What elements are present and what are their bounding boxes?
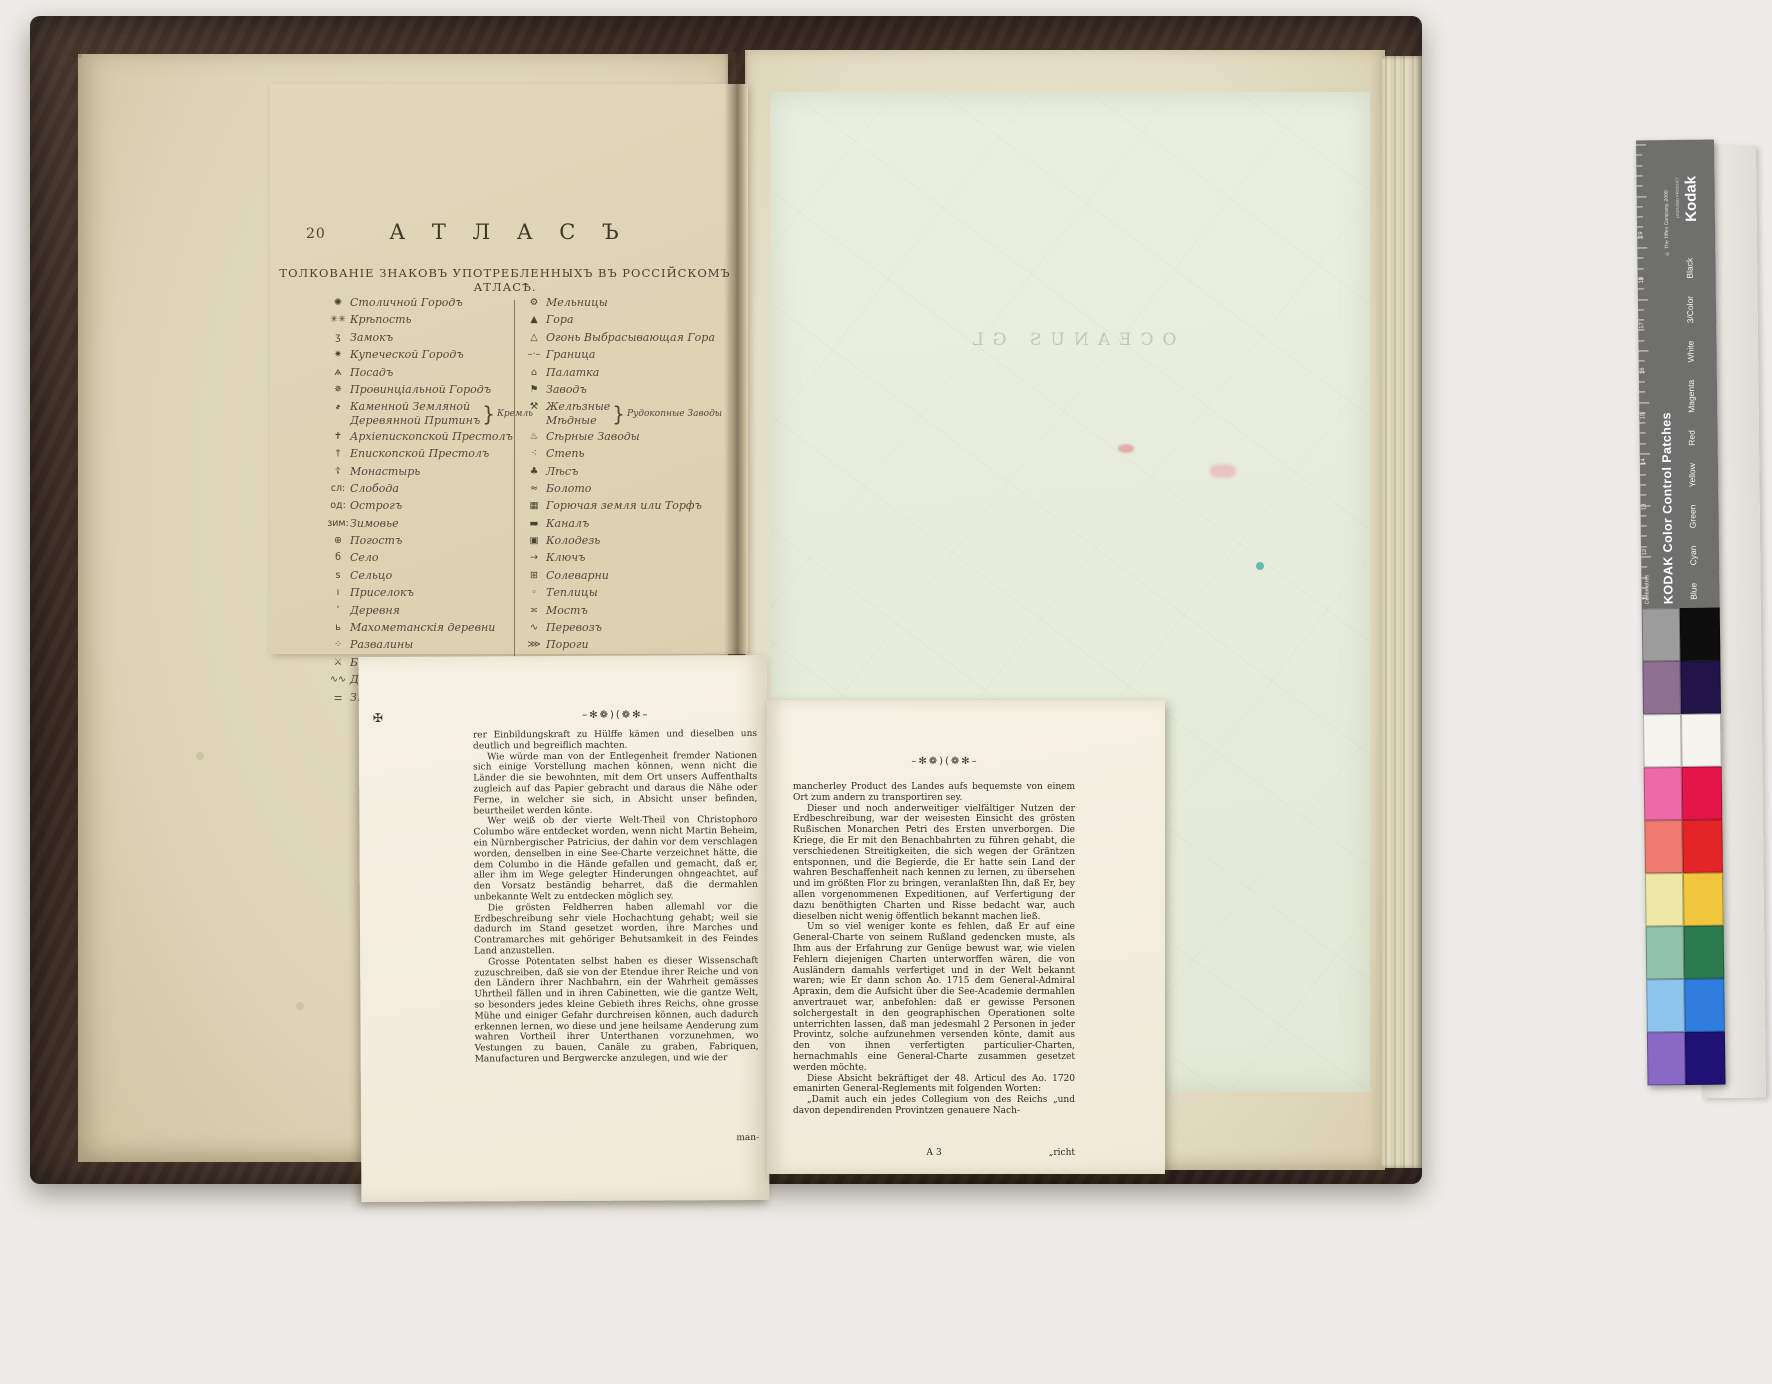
legend-label: Мельницы — [546, 296, 608, 310]
legend-column-left: ✺Столичной Городъ✳✳КрѣпостьʒЗамокъ✷Купеч… — [326, 296, 506, 708]
legend-symbol-icon: ∿ — [522, 621, 546, 635]
foxing-spots — [78, 54, 82, 58]
legend-symbol-icon: ✵ — [326, 383, 350, 397]
paragraph: „Damit auch ein jedes Collegium von des … — [793, 1095, 1075, 1117]
legend-symbol-icon: ⚙ — [522, 296, 546, 310]
patch-swatch-dark — [1682, 766, 1723, 819]
legend-symbol-icon: → — [522, 551, 546, 565]
legend-row: ʼДеревня — [326, 604, 506, 619]
ornament: –✻❁)(❁✻– — [582, 710, 649, 721]
legend-symbol-icon: б — [326, 551, 350, 565]
legend-symbol-icon: ь — [326, 621, 350, 635]
legend-symbol-icon: –·– — [522, 348, 546, 362]
legend-label: Огонь Выбрасывающая Гора — [546, 331, 715, 345]
catchword: „richt — [1049, 1148, 1075, 1158]
legend-symbol-icon: ⚔ — [326, 656, 350, 670]
kodak-brand: Kodak — [1682, 146, 1700, 222]
paragraph: mancherley Product des Landes aufs beque… — [793, 782, 1075, 804]
legend-row: ☦Монастырь — [326, 465, 506, 480]
legend-symbol-icon: † — [326, 447, 350, 461]
patch-color-names: Blue Cyan Green Yellow Red Magenta White… — [1684, 228, 1699, 600]
paragraph: Wie würde man von der Entlegenheit fremd… — [473, 751, 757, 817]
legend-symbol-icon: ı — [326, 586, 350, 600]
body-text: mancherley Product des Landes aufs beque… — [793, 782, 1075, 1117]
legend-label: Сѣрные Заводы — [546, 430, 640, 444]
legend-row: ıПриселокъ — [326, 586, 506, 601]
legend-brace-group: Каменной ЗемлянойДеревянной Притинъ}Крем… — [350, 400, 533, 427]
legend-symbol-icon: ♨ — [522, 430, 546, 444]
legend-label: Сельцо — [350, 569, 392, 583]
patch-swatch-light — [1647, 1032, 1686, 1085]
legend-label: Деревянной Притинъ — [350, 414, 480, 428]
patch-row-black — [1642, 607, 1721, 661]
legend-symbol-icon: ∿∿ — [326, 673, 350, 687]
legend-symbol-icon: ⚌ — [326, 691, 350, 705]
patch-row-blue — [1647, 1031, 1726, 1085]
legend-symbol-icon: ☦ — [326, 465, 350, 479]
patch-swatch-dark — [1684, 925, 1725, 978]
signature-mark: А 3 — [793, 1148, 1075, 1158]
page-title: А Т Л А С Ъ — [270, 220, 748, 244]
legend-label: Зимовье — [350, 517, 399, 531]
headpiece: ✠ –✻❁)(❁✻– — [477, 707, 755, 721]
legend-row: ♨Сѣрные Заводы — [522, 430, 737, 445]
legend-row: †Епископской Престолъ — [326, 447, 506, 462]
patch-row-cyan — [1646, 978, 1725, 1032]
legend-label: Болото — [546, 482, 591, 496]
legend-row: од:Острогъ — [326, 499, 506, 514]
legend-row: ◦Теплицы — [522, 586, 737, 601]
legend-row: ⁘Развалины — [326, 638, 506, 653]
legend-symbol-icon: ✝ — [326, 430, 350, 444]
legend-symbol-icon: ⋙ — [522, 638, 546, 652]
legend-label: Монастырь — [350, 465, 420, 479]
legend-label: Село — [350, 551, 379, 565]
legend-symbol-icon: ≈ — [522, 482, 546, 496]
legend-symbol-icon: ѕ — [326, 569, 350, 583]
legend-row: ѕСельцо — [326, 569, 506, 584]
column-divider — [514, 300, 515, 682]
legend-row: ⊕Погостъ — [326, 534, 506, 549]
ornament: –✻❁)(❁✻– — [911, 756, 978, 767]
legend-row: ⚙Мельницы — [522, 296, 737, 311]
pigment-spot — [1118, 444, 1134, 453]
legend-symbol-icon: ҂ — [326, 400, 350, 414]
legend-row: ьМахометанскія деревни — [326, 621, 506, 636]
legend-symbol-icon: ʒ — [326, 331, 350, 345]
legend-row: ѧПосадъ — [326, 366, 506, 381]
legend-label: Граница — [546, 348, 595, 362]
legend-symbol-icon: ʼ — [326, 604, 350, 618]
patch-swatch-dark — [1680, 660, 1721, 713]
legend-label: Посадъ — [350, 366, 393, 380]
patch-row-yellow — [1645, 872, 1724, 926]
legend-symbol-icon: ⌂ — [522, 366, 546, 380]
booklet-page-right: –✻❁)(❁✻– mancherley Product des Landes a… — [767, 700, 1165, 1174]
legend-row: ⋙Пороги — [522, 638, 737, 653]
kodak-title: KODAK Color Control Patches — [1657, 256, 1675, 604]
legend-label: Заводъ — [546, 383, 587, 397]
legend-symbol-icon: ▦ — [522, 499, 546, 513]
legend-row: ∿Перевозъ — [522, 621, 737, 636]
patch-row-white — [1643, 713, 1722, 767]
legend-symbol-icon: ⚑ — [522, 383, 546, 397]
legend-symbol-icon: ⊕ — [326, 534, 350, 548]
legend-column-right: ⚙Мельницы▲Гора△Огонь Выбрасывающая Гора–… — [522, 296, 737, 691]
legend-row: →Ключъ — [522, 551, 737, 566]
legend-label: Махометанскія деревни — [350, 621, 495, 635]
digitized-book-scan: OCEANUS GL 20 А Т Л А С Ъ ТОЛКОВАНІЕ ЗНА… — [0, 0, 1772, 1384]
legend-label: Каналъ — [546, 517, 589, 531]
legend-row: ⁖Степь — [522, 447, 737, 462]
brace-glyph: } — [612, 402, 625, 426]
paragraph: rer Einbildungskraft zu Hülffe kämen und… — [473, 729, 757, 752]
legend-label: Мостъ — [546, 604, 588, 618]
legend-symbol-icon: ▣ — [522, 534, 546, 548]
legend-symbol-icon: △ — [522, 331, 546, 345]
legend-symbol-icon: ◦ — [522, 586, 546, 600]
patch-swatch-light — [1642, 608, 1681, 661]
patch-swatch-dark — [1681, 713, 1722, 766]
legend-label: Перевозъ — [546, 621, 602, 635]
page-stack-fore-edge — [1382, 56, 1422, 1168]
legend-symbol-icon: ⁘ — [326, 638, 350, 652]
legend-symbol-icon: ⁖ — [522, 447, 546, 461]
legend-row: ҂Каменной ЗемлянойДеревянной Притинъ}Кре… — [326, 400, 506, 427]
page-subtitle: ТОЛКОВАНІЕ ЗНАКОВЪ УПОТРЕБЛЕННЫХЪ ВЪ РОС… — [278, 266, 732, 294]
legend-label: Острогъ — [350, 499, 402, 513]
book-cover: OCEANUS GL 20 А Т Л А С Ъ ТОЛКОВАНІЕ ЗНА… — [30, 16, 1422, 1184]
paragraph: Diese Absicht bekräftiget der 48. Articu… — [793, 1074, 1075, 1096]
legend-row: ▬Каналъ — [522, 517, 737, 532]
page-mark: ✠ — [373, 711, 383, 725]
mirrored-map-title: OCEANUS GL — [830, 330, 1310, 350]
legend-symbol-icon: ✺ — [326, 296, 350, 310]
pigment-spot — [1256, 562, 1264, 570]
legend-label: Желѣзные — [546, 400, 610, 414]
patch-swatch-light — [1646, 926, 1685, 979]
ruler-numbers: 11 12 13 14 15 16 17 18 19 — [1637, 148, 1649, 600]
legend-row: ⊞Солеварни — [522, 569, 737, 584]
paragraph: Die grösten Feldherren haben allemahl vo… — [474, 902, 758, 957]
patch-swatch-dark — [1680, 607, 1721, 660]
legend-label: Приселокъ — [350, 586, 414, 600]
patch-swatch-light — [1643, 714, 1682, 767]
legend-label: Крѣпость — [350, 313, 412, 327]
patch-row-magenta — [1644, 766, 1723, 820]
legend-row: ✷Купеческой Городъ — [326, 348, 506, 363]
legend-label: Замокъ — [350, 331, 393, 345]
headpiece: –✻❁)(❁✻– — [795, 754, 1095, 767]
atlas-legend-sheet: 20 А Т Л А С Ъ ТОЛКОВАНІЕ ЗНАКОВЪ УПОТРЕ… — [270, 84, 748, 654]
brace-glyph: } — [482, 402, 495, 426]
patch-swatch-dark — [1682, 819, 1723, 872]
legend-symbol-icon: ✳✳ — [326, 313, 350, 327]
legend-label: Степь — [546, 447, 584, 461]
patch-swatch-light — [1642, 661, 1681, 714]
patch-swatch-dark — [1683, 872, 1724, 925]
booklet-page-left: ✠ –✻❁)(❁✻– rer Einbildungskraft zu Hülff… — [359, 655, 770, 1202]
legend-symbol-icon: од: — [326, 499, 350, 513]
legend-symbol-icon: ✷ — [326, 348, 350, 362]
legend-row: ✝Архіепископской Престолъ — [326, 430, 506, 445]
legend-symbol-icon: сл: — [326, 482, 350, 496]
legend-label: Погостъ — [350, 534, 402, 548]
legend-row: бСело — [326, 551, 506, 566]
legend-symbol-icon: зим: — [326, 517, 350, 531]
patch-swatch-light — [1645, 873, 1684, 926]
legend-symbol-icon: ≍ — [522, 604, 546, 618]
paragraph: Dieser und noch anderweitiger vielfältig… — [793, 804, 1075, 923]
patch-swatch-dark — [1684, 978, 1725, 1031]
legend-label: Провинціальной Городъ — [350, 383, 491, 397]
patch-swatch-dark — [1685, 1031, 1726, 1084]
legend-row: ≈Болото — [522, 482, 737, 497]
legend-row: ✺Столичной Городъ — [326, 296, 506, 311]
paragraph: Wer weiß ob der vierte Welt-Theil von Ch… — [473, 815, 757, 903]
pigment-spot — [1210, 464, 1236, 478]
centimetres-label: Centimetres — [1644, 548, 1651, 604]
legend-label: Гора — [546, 313, 574, 327]
legend-row: ▦Горючая земля или Торфъ — [522, 499, 737, 514]
legend-label: Мѣдные — [546, 414, 610, 428]
legend-row: сл:Слобода — [326, 482, 506, 497]
paragraph: Grosse Potentaten selbst haben es dieser… — [474, 956, 759, 1065]
legend-label: Солеварни — [546, 569, 609, 583]
legend-row: ✳✳Крѣпость — [326, 313, 506, 328]
kodak-label-area: 11 12 13 14 15 16 17 18 19 KODAK Color C… — [1636, 140, 1720, 609]
catchword: man- — [475, 1133, 759, 1144]
legend-brace-group: ЖелѣзныеМѣдные}Рудокопные Заводы — [546, 400, 722, 427]
legend-label: Слобода — [350, 482, 399, 496]
legend-label: Теплицы — [546, 586, 598, 600]
legend-row: △Огонь Выбрасывающая Гора — [522, 331, 737, 346]
legend-table: ✺Столичной Городъ✳✳КрѣпостьʒЗамокъ✷Купеч… — [270, 296, 748, 646]
legend-brace-label: Рудокопные Заводы — [627, 409, 722, 419]
kodak-copyright: © The Tiffen Company, 2000 — [1663, 170, 1670, 256]
legend-row: ≍Мостъ — [522, 604, 737, 619]
legend-row: ▲Гора — [522, 313, 737, 328]
legend-symbol-icon: ▬ — [522, 517, 546, 531]
patch-swatch-light — [1646, 979, 1685, 1032]
paragraph: Um so viel weniger konte es fehlen, daß … — [793, 922, 1075, 1073]
legend-label: Архіепископской Престолъ — [350, 430, 513, 444]
legend-label: Колодезь — [546, 534, 600, 548]
legend-label: Деревня — [350, 604, 400, 618]
patch-row-red — [1644, 819, 1723, 873]
signature-line: А 3 „richt — [793, 1148, 1075, 1158]
legend-label: Каменной Земляной — [350, 400, 480, 414]
patch-swatch-light — [1644, 767, 1683, 820]
legend-row: ʒЗамокъ — [326, 331, 506, 346]
legend-label: Лѣсъ — [546, 465, 578, 479]
legend-symbol-icon: ▲ — [522, 313, 546, 327]
legend-row: ⚒ЖелѣзныеМѣдные}Рудокопные Заводы — [522, 400, 737, 427]
color-patch-grid — [1642, 607, 1726, 1085]
kodak-color-strip: 11 12 13 14 15 16 17 18 19 KODAK Color C… — [1636, 140, 1726, 1086]
ruler-tick — [1636, 144, 1646, 145]
legend-row: ♣Лѣсъ — [522, 465, 737, 480]
legend-row: ⌂Палатка — [522, 366, 737, 381]
legend-symbol-icon: ⊞ — [522, 569, 546, 583]
legend-label: Развалины — [350, 638, 413, 652]
legend-row: ⚑Заводъ — [522, 383, 737, 398]
legend-row: зим:Зимовье — [326, 517, 506, 532]
legend-symbol-icon: ⚒ — [522, 400, 546, 414]
patch-row-3-color — [1642, 660, 1721, 714]
legend-label: Купеческой Городъ — [350, 348, 464, 362]
legend-label: Ключъ — [546, 551, 585, 565]
kodak-licensed-product: LICENSED PRODUCT — [1674, 152, 1680, 218]
legend-symbol-icon: ♣ — [522, 465, 546, 479]
legend-row: ▣Колодезь — [522, 534, 737, 549]
legend-symbol-icon: ѧ — [326, 366, 350, 380]
legend-label: Горючая земля или Торфъ — [546, 499, 702, 513]
body-text: rer Einbildungskraft zu Hülffe kämen und… — [473, 729, 759, 1065]
legend-row: ✵Провинціальной Городъ — [326, 383, 506, 398]
centimetre-ruler — [1636, 140, 1714, 141]
legend-label: Пороги — [546, 638, 589, 652]
legend-label: Палатка — [546, 366, 599, 380]
legend-label: Епископской Престолъ — [350, 447, 489, 461]
patch-swatch-light — [1644, 820, 1683, 873]
legend-label: Столичной Городъ — [350, 296, 463, 310]
patch-row-green — [1646, 925, 1725, 979]
legend-row: –·–Граница — [522, 348, 737, 363]
